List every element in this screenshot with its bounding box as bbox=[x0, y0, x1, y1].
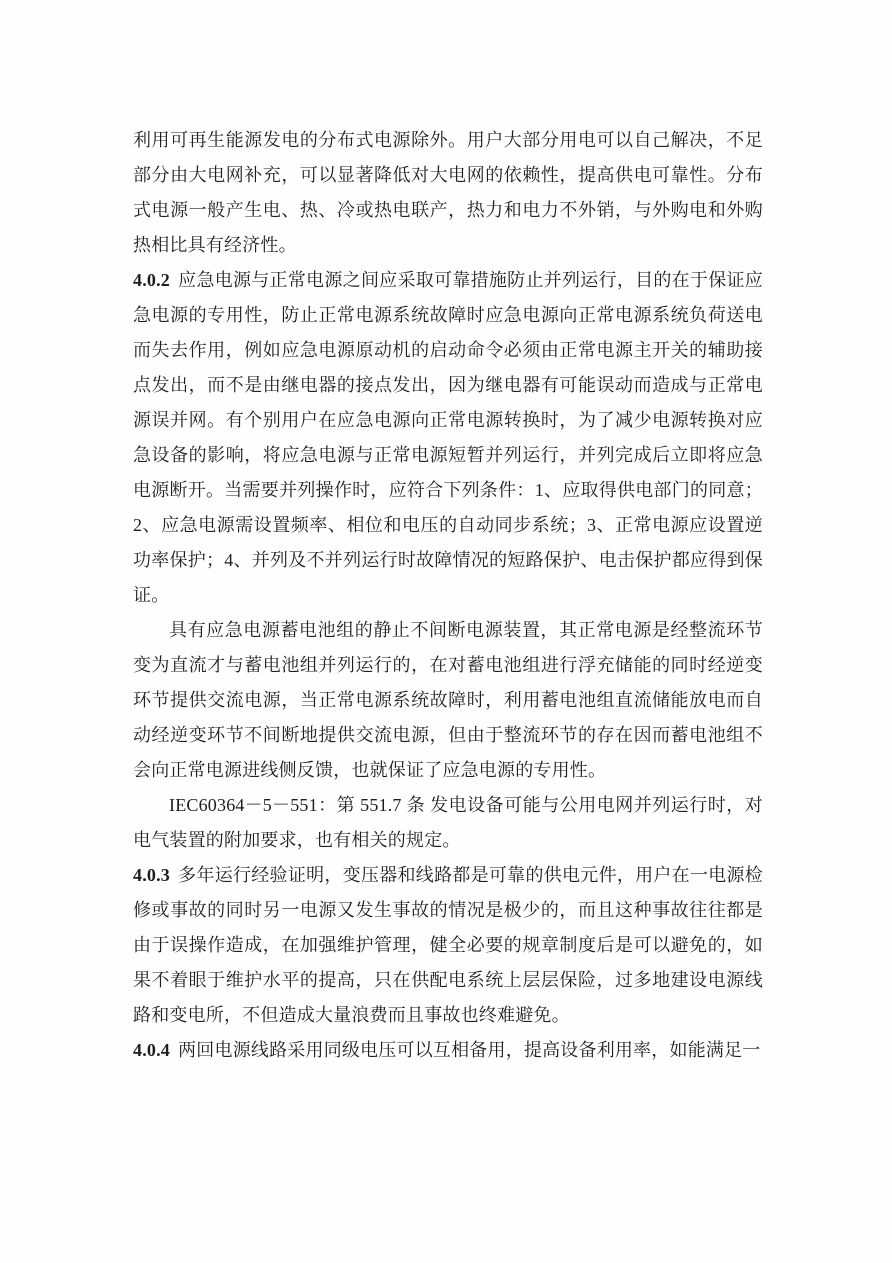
section-number: 4.0.3 bbox=[133, 865, 170, 885]
paragraph-4-0-2: 4.0.2应急电源与正常电源之间应采取可靠措施防止并列运行，目的在于保证应急电源… bbox=[133, 263, 763, 613]
paragraph-text: 利用可再生能源发电的分布式电源除外。用户大部分用电可以自己解决，不足部分由大电网… bbox=[133, 130, 763, 255]
paragraph-4-0-3: 4.0.3多年运行经验证明，变压器和线路都是可靠的供电元件，用户在一电源检修或事… bbox=[133, 858, 763, 1033]
section-number: 4.0.4 bbox=[133, 1040, 170, 1060]
section-number: 4.0.2 bbox=[133, 270, 170, 290]
paragraph-text: 具有应急电源蓄电池组的静止不间断电源装置，其正常电源是经整流环节变为直流才与蓄电… bbox=[133, 620, 763, 780]
text-block: 利用可再生能源发电的分布式电源除外。用户大部分用电可以自己解决，不足部分由大电网… bbox=[133, 123, 763, 1068]
paragraph-4-0-4: 4.0.4两回电源线路采用同级电压可以互相备用，提高设备利用率，如能满足一 bbox=[133, 1033, 763, 1068]
paragraph-text: 应急电源与正常电源之间应采取可靠措施防止并列运行，目的在于保证应急电源的专用性，… bbox=[133, 270, 763, 605]
paragraph-text: 多年运行经验证明，变压器和线路都是可靠的供电元件，用户在一电源检修或事故的同时另… bbox=[133, 865, 763, 1025]
paragraph-text: IEC60364－5－551：第 551.7 条 发电设备可能与公用电网并列运行… bbox=[133, 795, 763, 850]
paragraph-ups-battery: 具有应急电源蓄电池组的静止不间断电源装置，其正常电源是经整流环节变为直流才与蓄电… bbox=[133, 613, 763, 788]
paragraph-text: 两回电源线路采用同级电压可以互相备用，提高设备利用率，如能满足一 bbox=[178, 1040, 760, 1060]
paragraph-continuation: 利用可再生能源发电的分布式电源除外。用户大部分用电可以自己解决，不足部分由大电网… bbox=[133, 123, 763, 263]
paragraph-iec-reference: IEC60364－5－551：第 551.7 条 发电设备可能与公用电网并列运行… bbox=[133, 788, 763, 858]
document-page: 利用可再生能源发电的分布式电源除外。用户大部分用电可以自己解决，不足部分由大电网… bbox=[0, 0, 892, 1263]
